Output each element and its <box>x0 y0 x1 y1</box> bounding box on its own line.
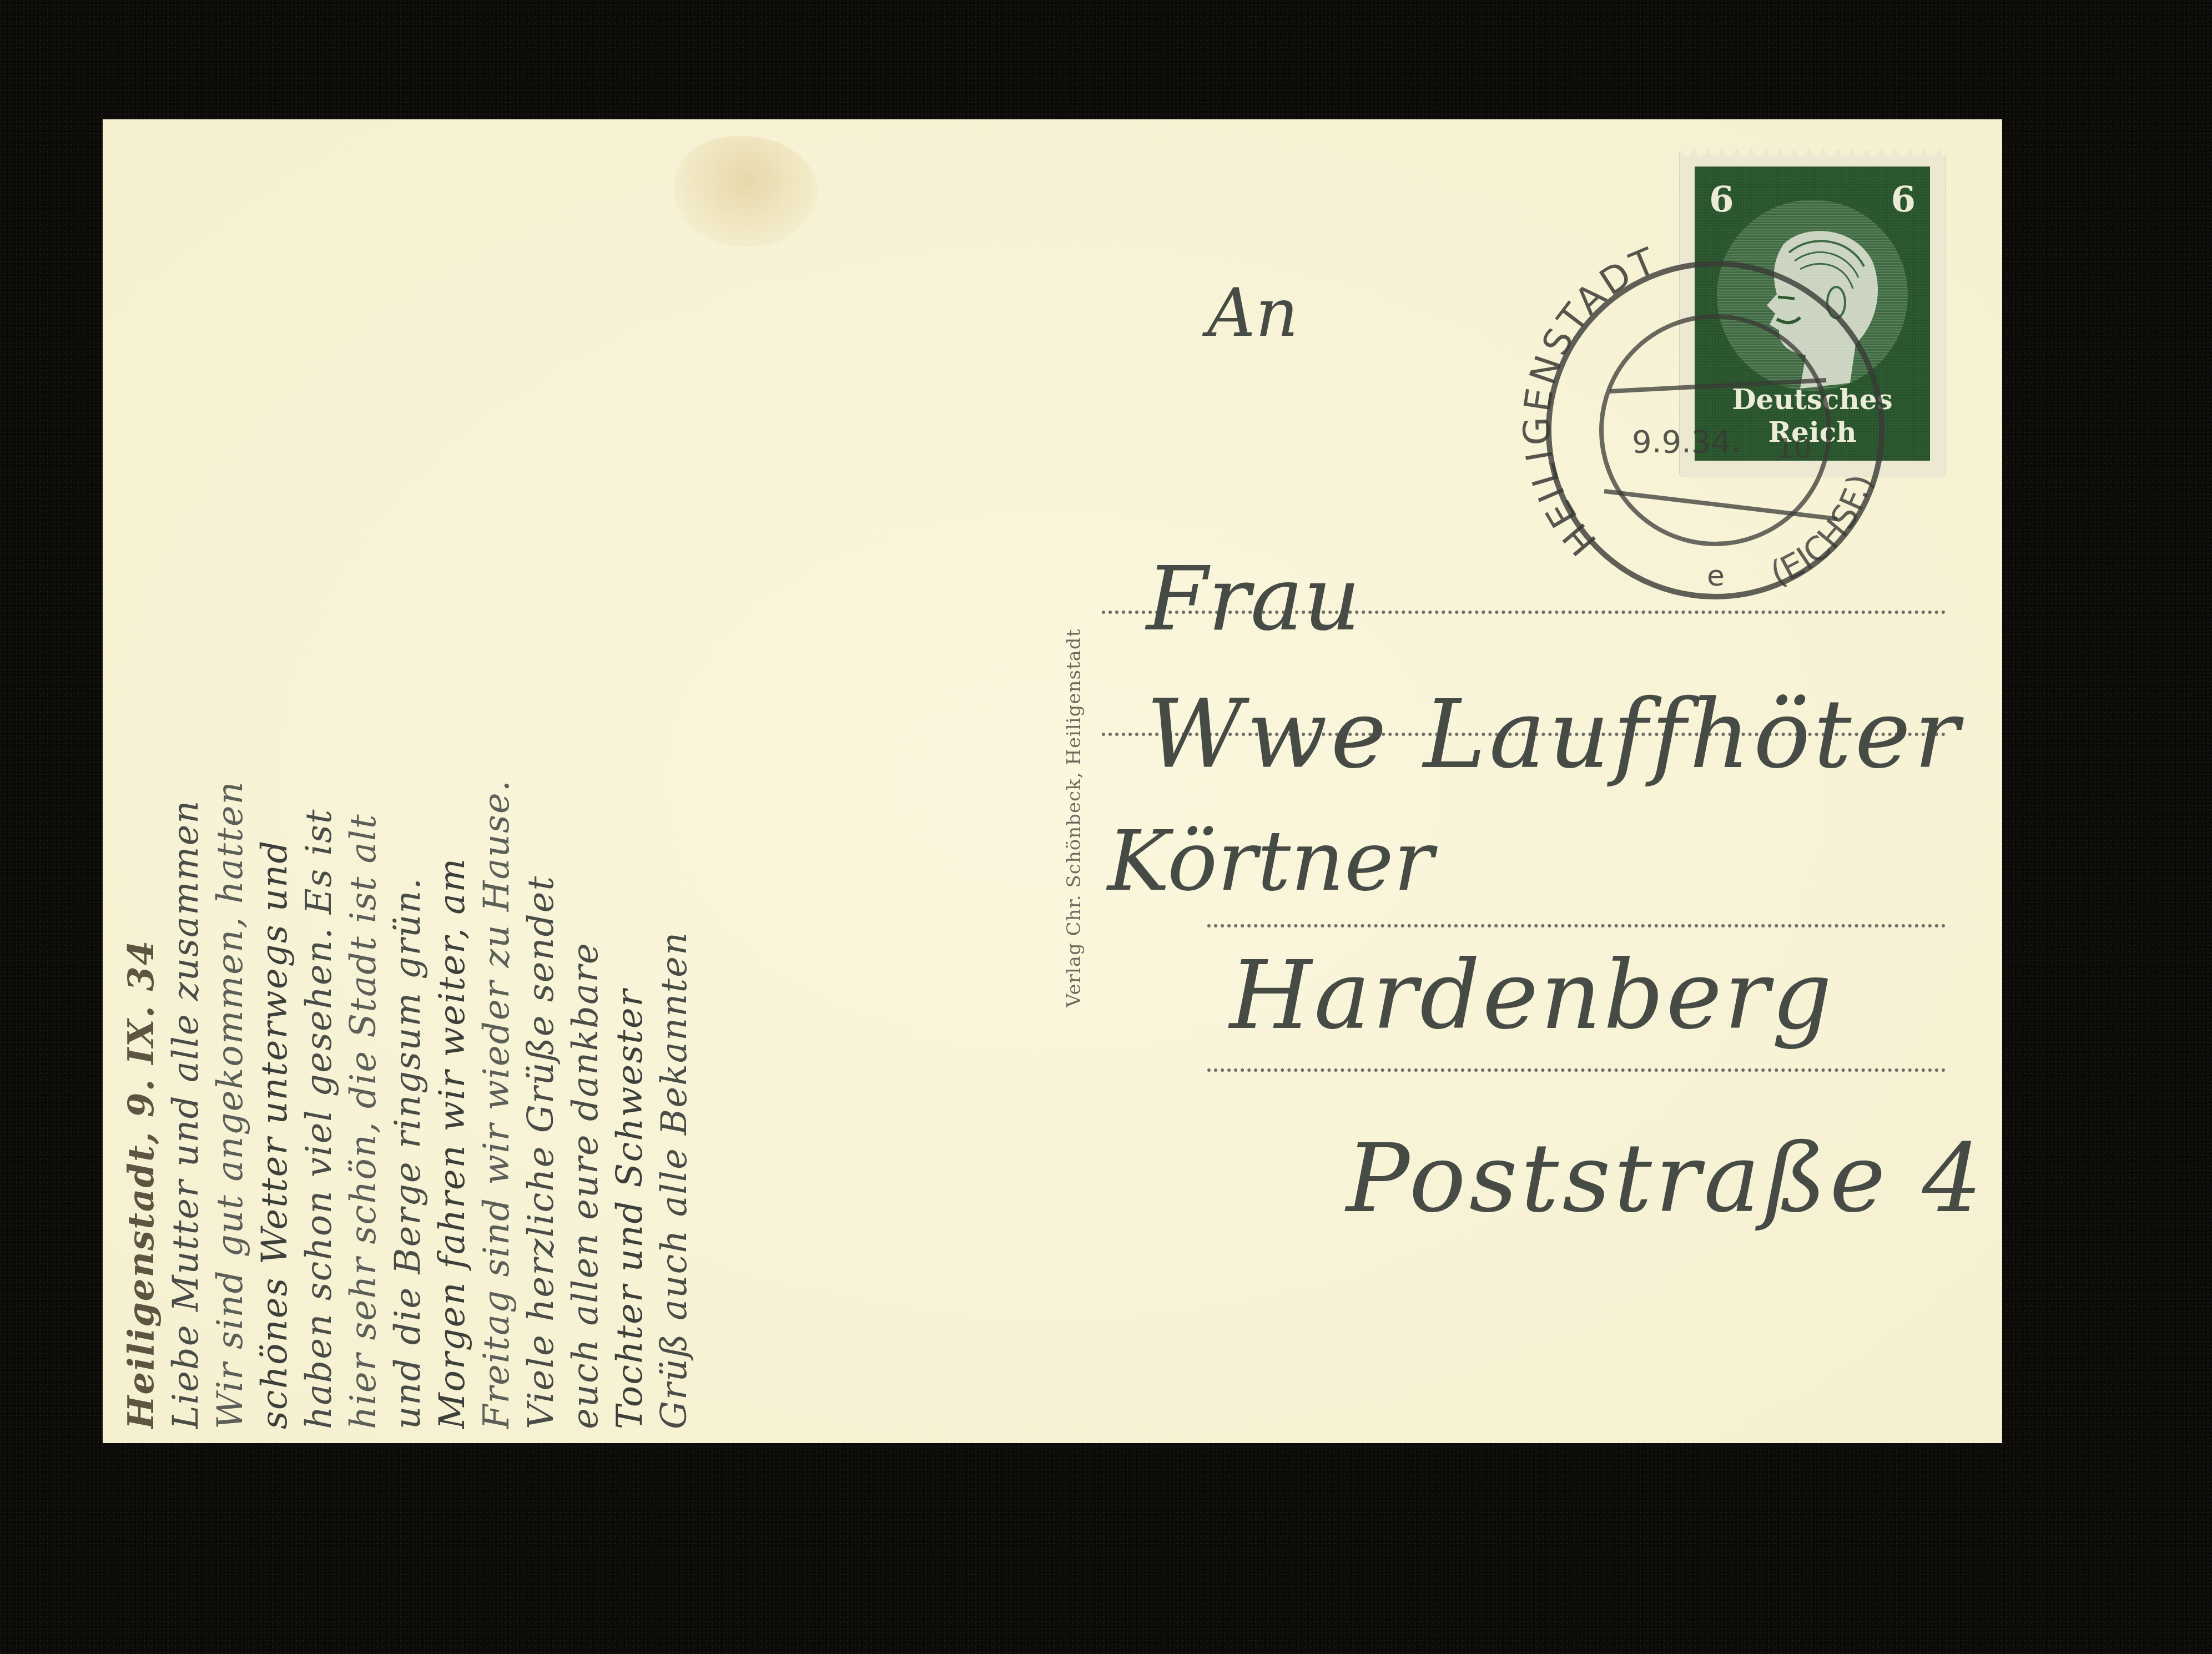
postmark-region: (EICHSF.) <box>1765 471 1880 594</box>
svg-text:(EICHSF.): (EICHSF.) <box>1765 471 1880 594</box>
message-line: Morgen fahren wir weiter, am <box>430 136 475 1429</box>
address-line <box>1207 1068 1946 1072</box>
message-line: schönes Wetter unterwegs und <box>253 136 297 1429</box>
message-area: Heiligenstadt, 9. IX. 34 Liebe Mutter un… <box>103 119 1074 1443</box>
message-line: Grüß auch alle Bekannten <box>652 136 697 1429</box>
address-line <box>1207 924 1946 927</box>
message-line: Viele herzliche Grüße sendet <box>519 136 563 1429</box>
message-line: haben schon viel gesehen. Es ist <box>297 136 341 1429</box>
message-line: Tochter und Schwester <box>608 136 652 1429</box>
publisher-imprint: Verlag Chr. Schönbeck, Heiligenstadt <box>1063 629 1085 1007</box>
address-city: Hardenberg <box>1230 941 1834 1051</box>
address-salutation: An <box>1207 275 1298 352</box>
address-post: Poststraße 4 <box>1346 1124 1986 1234</box>
postmark-icon: HEILIGENSTADT (EICHSF.) 9.9.34. 10 e <box>1515 230 1915 630</box>
address-street: Körtner <box>1107 813 1433 910</box>
message-line: euch allen eure dankbare <box>563 136 608 1429</box>
address-title: Frau <box>1146 547 1361 650</box>
message-line: Wir sind gut angekommen, hatten <box>208 136 253 1429</box>
message-line: Heiligenstadt, 9. IX. 34 <box>119 136 164 1429</box>
postmark-date: 9.9.34. <box>1632 424 1741 460</box>
postcard: Heiligenstadt, 9. IX. 34 Liebe Mutter un… <box>103 119 2002 1443</box>
postmark-time: 10 <box>1776 432 1812 465</box>
message-line: Liebe Mutter und alle zusammen <box>164 136 208 1429</box>
message-line: und die Berge ringsum grün. <box>386 136 430 1429</box>
postmark-letter: e <box>1707 559 1725 593</box>
message-text: Heiligenstadt, 9. IX. 34 Liebe Mutter un… <box>119 136 1063 1429</box>
address-name: Wwe Lauffhöter <box>1146 680 1962 790</box>
message-line: Freitag sind wir wieder zu Hause. <box>475 136 519 1429</box>
message-line: hier sehr schön, die Stadt ist alt <box>341 136 386 1429</box>
